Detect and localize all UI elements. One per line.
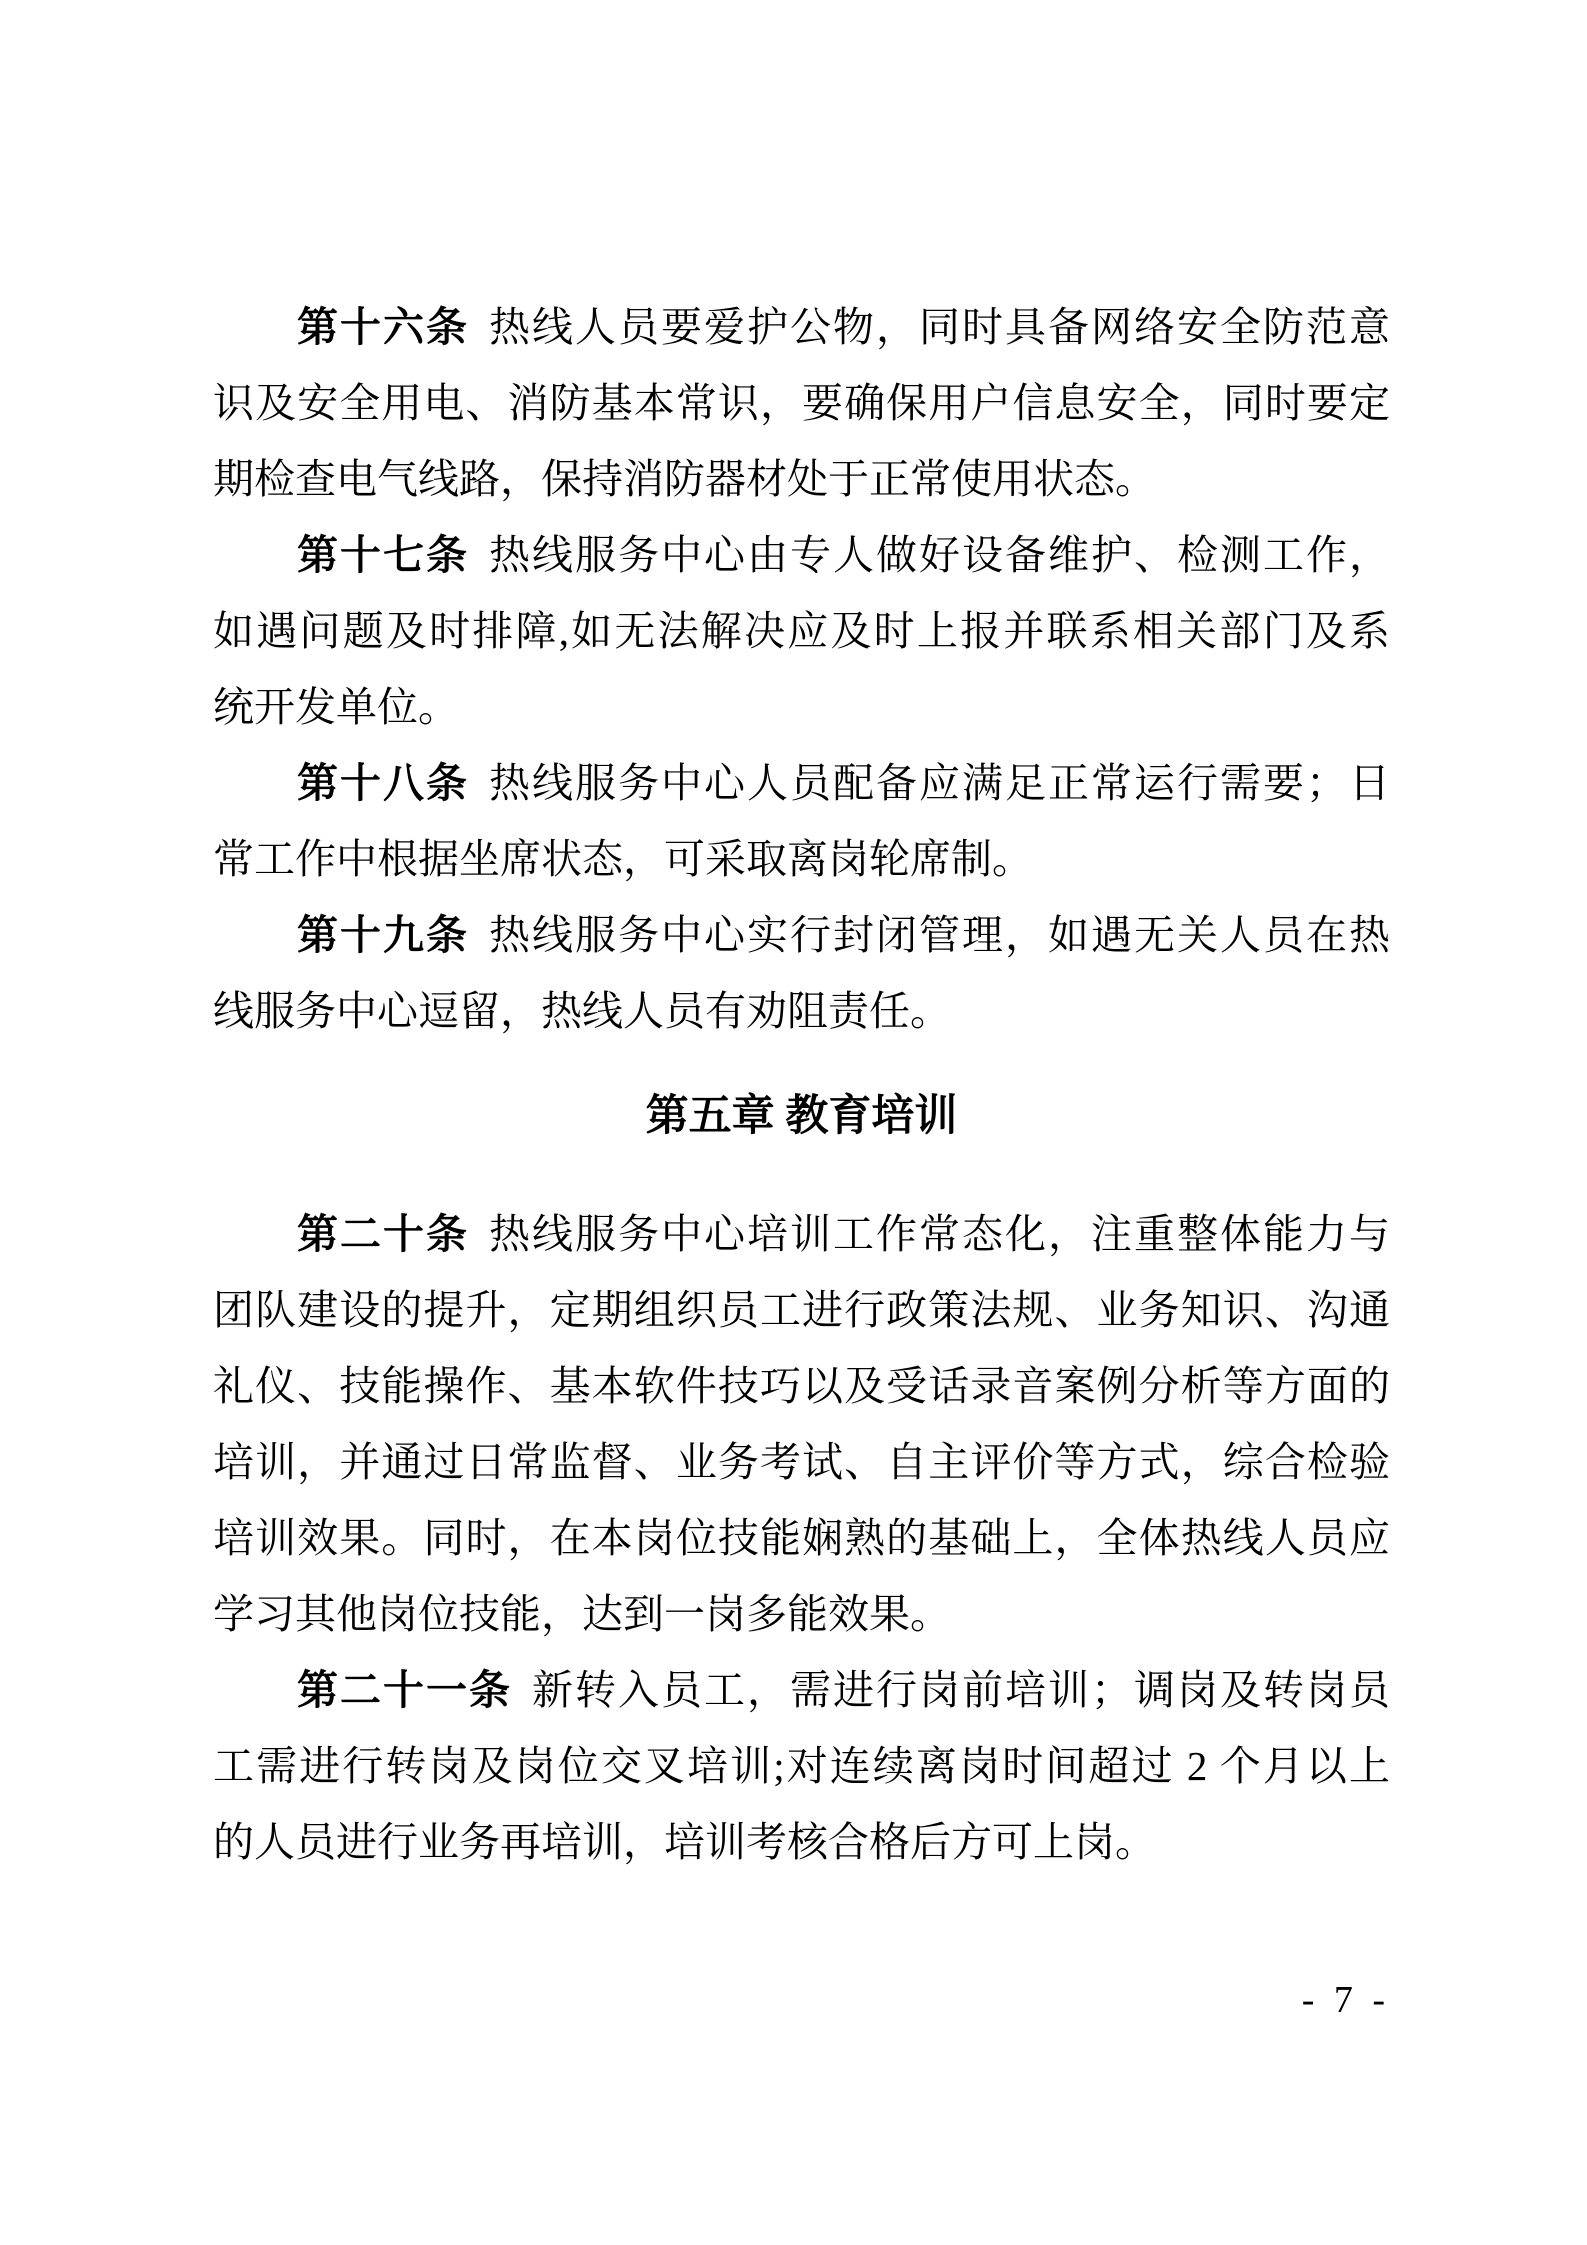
article-number: 第十九条 [297, 912, 469, 958]
article-line: 如遇问题及时排障,如无法解决应及时上报并联系相关部门及系 [213, 593, 1390, 669]
article-20: 第二十条热线服务中心培训工作常态化，注重整体能力与 团队建设的提升，定期组织员工… [213, 1196, 1390, 1652]
article-17: 第十七条热线服务中心由专人做好设备维护、检测工作， 如遇问题及时排障,如无法解决… [213, 517, 1390, 745]
chapter-heading: 第五章 教育培训 [213, 1079, 1390, 1155]
article-line: 常工作中根据坐席状态，可采取离岗轮席制。 [213, 821, 1390, 897]
article-line: 的人员进行业务再培训，培训考核合格后方可上岗。 [213, 1804, 1390, 1880]
article-number: 第二十一条 [297, 1667, 512, 1713]
article-text: 热线服务中心由专人做好设备维护、检测工作， [489, 532, 1390, 578]
article-line: 第十九条热线服务中心实行封闭管理，如遇无关人员在热 [213, 897, 1390, 973]
article-line: 培训，并通过日常监督、业务考试、自主评价等方式，综合检验 [213, 1424, 1390, 1500]
article-text: 热线服务中心人员配备应满足正常运行需要；日 [489, 760, 1390, 806]
article-text: 热线服务中心培训工作常态化，注重整体能力与 [489, 1211, 1390, 1257]
article-line: 第十八条热线服务中心人员配备应满足正常运行需要；日 [213, 745, 1390, 821]
article-number: 第十八条 [297, 760, 469, 806]
article-line: 第十七条热线服务中心由专人做好设备维护、检测工作， [213, 517, 1390, 593]
page-number: - 7 - [1302, 1978, 1390, 2022]
article-line: 识及安全用电、消防基本常识，要确保用户信息安全，同时要定 [213, 365, 1390, 441]
article-line: 团队建设的提升，定期组织员工进行政策法规、业务知识、沟通 [213, 1272, 1390, 1348]
article-line: 学习其他岗位技能，达到一岗多能效果。 [213, 1576, 1390, 1652]
article-number: 第十六条 [297, 304, 469, 350]
article-line: 第十六条热线人员要爱护公物，同时具备网络安全防范意 [213, 289, 1390, 365]
article-line: 第二十一条新转入员工，需进行岗前培训；调岗及转岗员 [213, 1652, 1390, 1728]
article-line: 培训效果。同时，在本岗位技能娴熟的基础上，全体热线人员应 [213, 1500, 1390, 1576]
article-number: 第二十条 [297, 1211, 469, 1257]
article-line: 统开发单位。 [213, 669, 1390, 745]
article-text: 热线人员要爱护公物，同时具备网络安全防范意 [489, 304, 1390, 350]
article-line: 礼仪、技能操作、基本软件技巧以及受话录音案例分析等方面的 [213, 1348, 1390, 1424]
article-text: 新转入员工，需进行岗前培训；调岗及转岗员 [532, 1667, 1390, 1713]
article-line: 第二十条热线服务中心培训工作常态化，注重整体能力与 [213, 1196, 1390, 1272]
article-21: 第二十一条新转入员工，需进行岗前培训；调岗及转岗员 工需进行转岗及岗位交叉培训;… [213, 1652, 1390, 1880]
article-number: 第十七条 [297, 532, 469, 578]
article-line: 工需进行转岗及岗位交叉培训;对连续离岗时间超过 2 个月以上 [213, 1728, 1390, 1804]
article-16: 第十六条热线人员要爱护公物，同时具备网络安全防范意 识及安全用电、消防基本常识，… [213, 289, 1390, 517]
article-line: 期检查电气线路，保持消防器材处于正常使用状态。 [213, 441, 1390, 517]
document-body: 第十六条热线人员要爱护公物，同时具备网络安全防范意 识及安全用电、消防基本常识，… [213, 289, 1390, 1880]
article-text: 热线服务中心实行封闭管理，如遇无关人员在热 [489, 912, 1390, 958]
article-line: 线服务中心逗留，热线人员有劝阻责任。 [213, 973, 1390, 1049]
document-page: 第十六条热线人员要爱护公物，同时具备网络安全防范意 识及安全用电、消防基本常识，… [0, 0, 1587, 2245]
article-19: 第十九条热线服务中心实行封闭管理，如遇无关人员在热 线服务中心逗留，热线人员有劝… [213, 897, 1390, 1049]
article-18: 第十八条热线服务中心人员配备应满足正常运行需要；日 常工作中根据坐席状态，可采取… [213, 745, 1390, 897]
